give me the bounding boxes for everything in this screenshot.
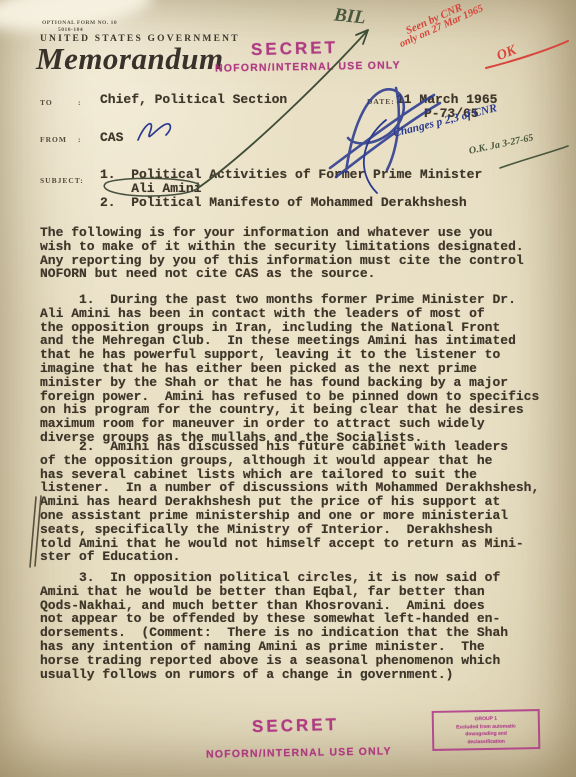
from-value: CAS — [100, 131, 123, 145]
date-label: DATE: — [367, 97, 395, 106]
subject-lines: 1. Political Activities of Former Prime … — [100, 168, 482, 209]
to-colon: : — [78, 98, 82, 107]
to-value: Chief, Political Section — [100, 93, 287, 107]
body-intro-paragraph: The following is for your information an… — [40, 226, 524, 281]
cas-initials-squiggle — [138, 124, 170, 140]
from-colon: : — [78, 135, 82, 144]
green-arrowhead — [356, 30, 368, 44]
group1-declassification-stamp: GROUP 1 Excluded from automatic downgrad… — [432, 709, 541, 751]
green-handwriting-ok-date: O.K. Ja 3-27-65 — [468, 132, 534, 156]
subject-label: SUBJECT: — [40, 176, 84, 185]
secret-stamp-bottom: SECRET — [252, 715, 339, 737]
noforn-stamp-top: NOFORN/INTERNAL USE ONLY — [215, 59, 401, 74]
form-number: OPTIONAL FORM NO. 10 — [42, 20, 117, 26]
secret-stamp-top: SECRET — [251, 38, 338, 60]
to-label: TO — [40, 98, 53, 107]
green-signature-flourish — [500, 146, 568, 168]
red-handwriting-ok: OK — [495, 43, 519, 65]
form-code: 5010-104 — [58, 27, 83, 33]
noforn-stamp-bottom: NOFORN/INTERNAL USE ONLY — [206, 745, 392, 760]
body-paragraph-3: 3. In opposition political circles, it i… — [40, 571, 508, 681]
body-paragraph-1: 1. During the past two months former Pri… — [40, 293, 539, 445]
group-box-line4: declassification — [437, 738, 535, 747]
body-paragraph-2: 2. Amini has discussed his future cabine… — [40, 440, 539, 564]
green-handwriting-bil: BIL — [333, 4, 367, 29]
memorandum-title: Memorandum — [36, 41, 224, 77]
memorandum-page: OPTIONAL FORM NO. 10 5010-104 UNITED STA… — [0, 0, 576, 777]
from-label: FROM — [40, 135, 67, 144]
